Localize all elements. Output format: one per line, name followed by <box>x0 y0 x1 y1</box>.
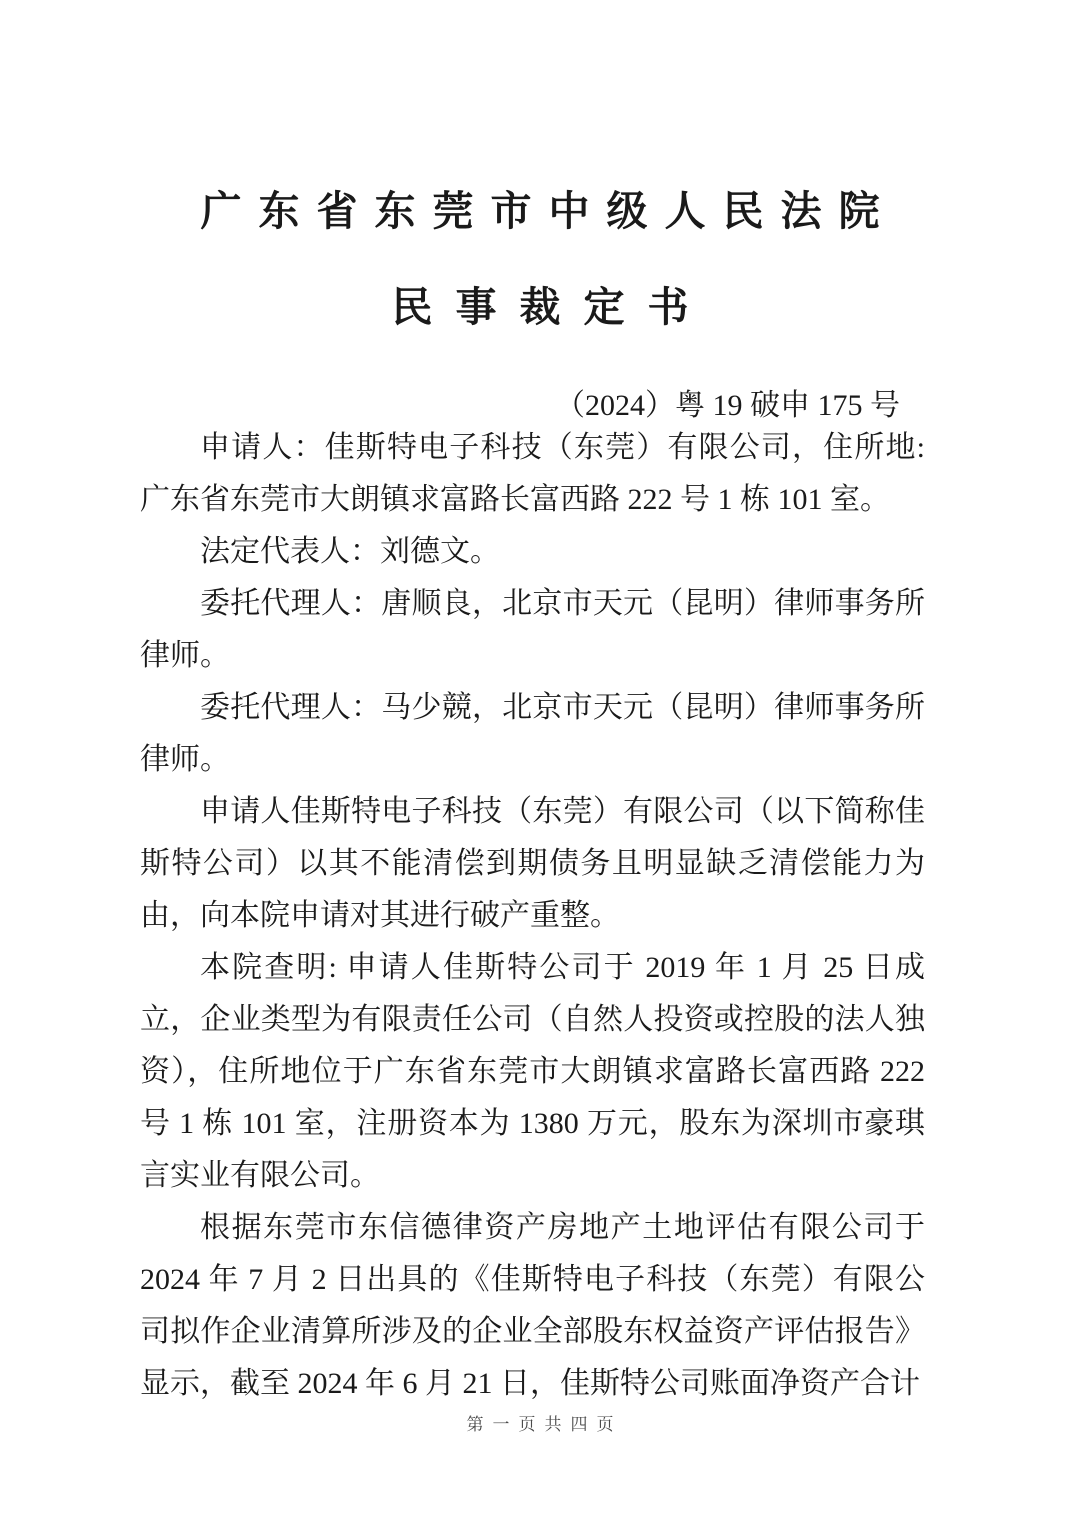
document-page: 广东省东莞市中级人民法院 民事裁定书 （2024）粤 19 破申 175 号 申… <box>0 0 1080 1528</box>
agent-paragraph-2: 委托代理人：马少競，北京市天元（昆明）律师事务所律师。 <box>140 682 925 786</box>
document-body: 申请人：佳斯特电子科技（东莞）有限公司，住所地:广东省东莞市大朗镇求富路长富西路… <box>140 422 925 1410</box>
legal-representative-paragraph: 法定代表人：刘德文。 <box>140 526 925 578</box>
agent-paragraph-1: 委托代理人：唐顺良，北京市天元（昆明）律师事务所律师。 <box>140 578 925 682</box>
document-type-title: 民事裁定书 <box>0 274 1080 333</box>
valuation-report-paragraph: 根据东莞市东信德律资产房地产土地评估有限公司于 2024 年 7 月 2 日出具… <box>140 1202 925 1410</box>
court-findings-paragraph: 本院查明: 申请人佳斯特公司于 2019 年 1 月 25 日成立，企业类型为有… <box>140 942 925 1202</box>
court-title: 广东省东莞市中级人民法院 <box>0 178 1080 237</box>
applicant-paragraph: 申请人：佳斯特电子科技（东莞）有限公司，住所地:广东省东莞市大朗镇求富路长富西路… <box>140 422 925 526</box>
case-number: （2024）粤 19 破申 175 号 <box>555 380 900 424</box>
application-statement-paragraph: 申请人佳斯特电子科技（东莞）有限公司（以下简称佳斯特公司）以其不能清偿到期债务且… <box>140 786 925 942</box>
page-number-footer: 第一页共四页 <box>0 1410 1080 1435</box>
